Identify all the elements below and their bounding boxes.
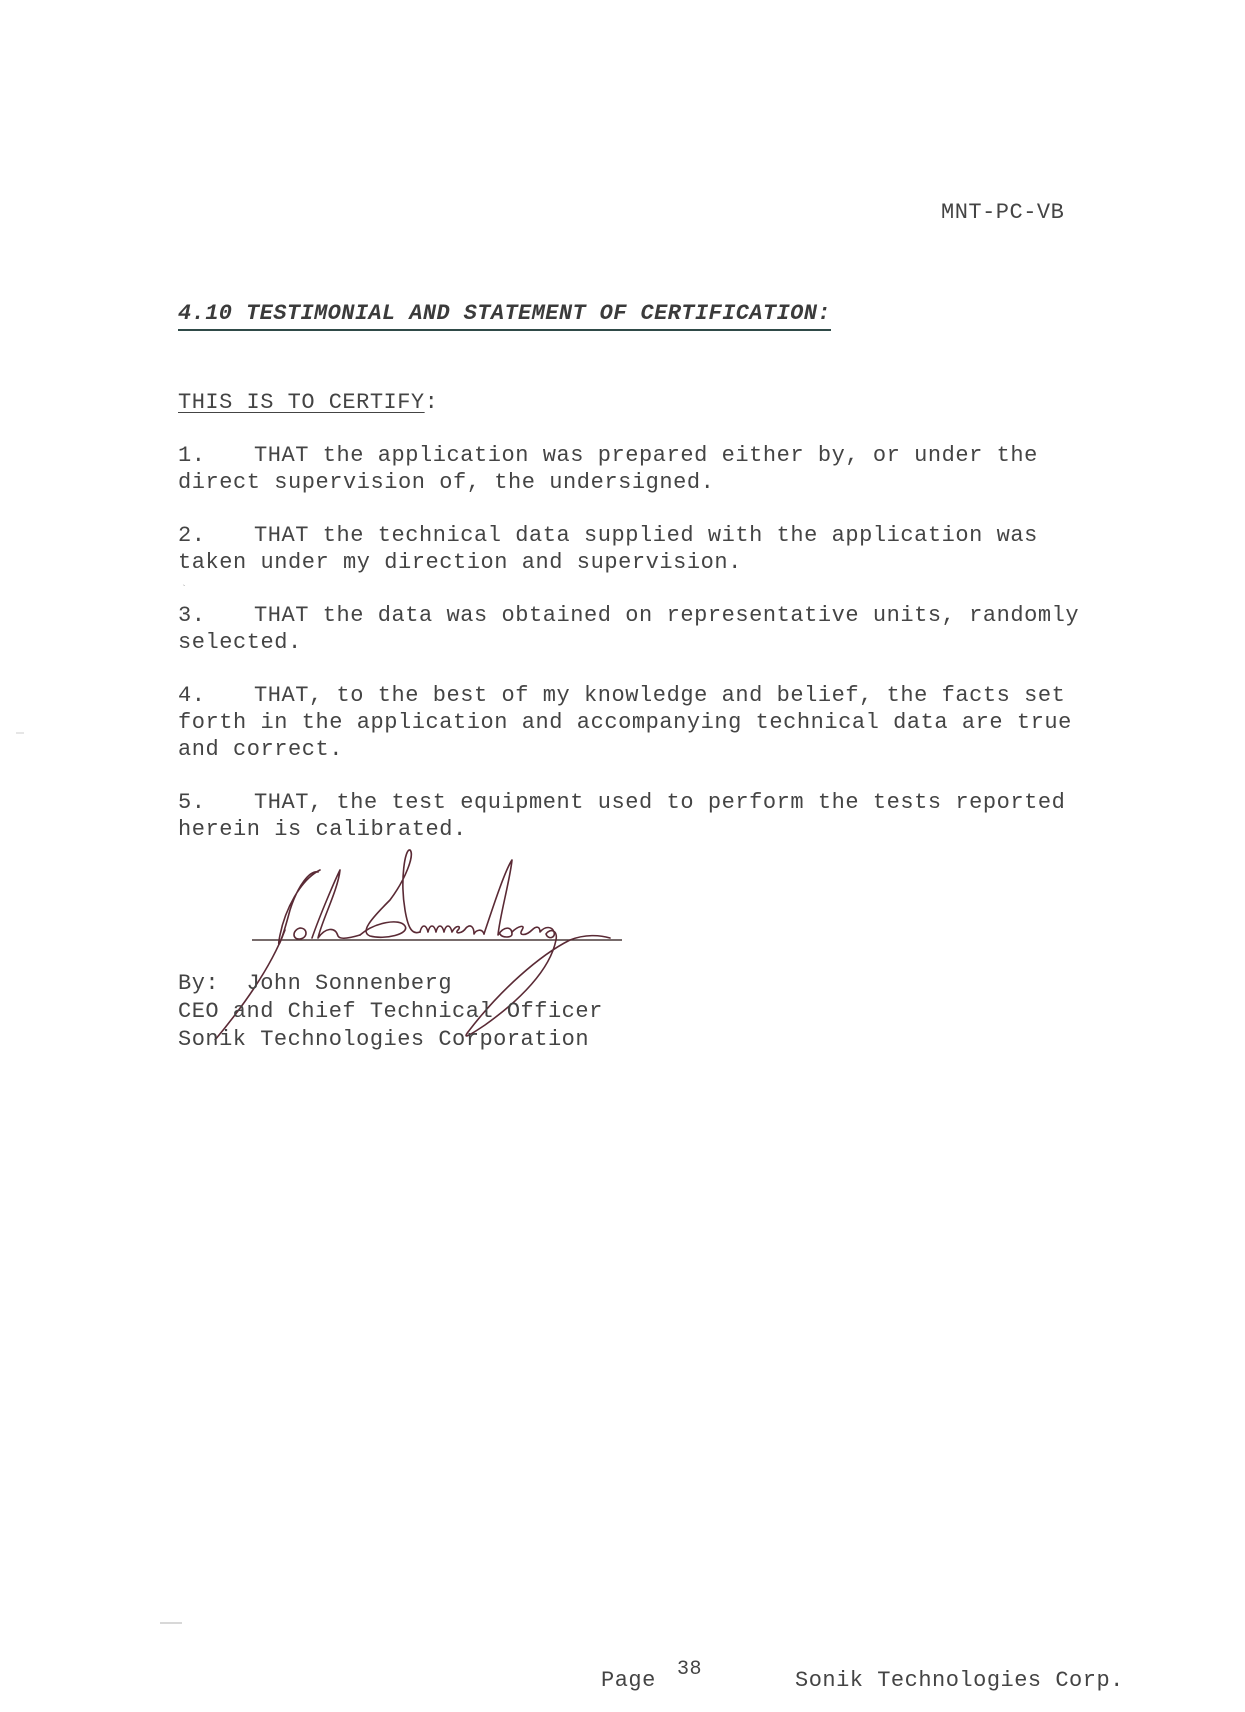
signer-company: Sonik Technologies Corporation — [178, 1026, 603, 1054]
item-line: herein is calibrated. — [178, 817, 467, 842]
item-number: 4. — [178, 682, 254, 709]
item-line: THAT the technical data supplied with th… — [254, 523, 1038, 548]
item-line: taken under my direction and supervision… — [178, 550, 742, 575]
item-number: 3. — [178, 602, 254, 629]
certification-list: 1.THAT the application was prepared eith… — [178, 442, 1178, 869]
scan-artifact — [160, 1622, 182, 1624]
scan-artifact — [16, 732, 24, 734]
document-page: MNT-PC-VB 4.10 TESTIMONIAL AND STATEMENT… — [0, 0, 1245, 1712]
certify-label-colon: : — [425, 390, 439, 415]
document-code: MNT-PC-VB — [941, 200, 1064, 225]
certification-item-4: 4.THAT, to the best of my knowledge and … — [178, 682, 1178, 763]
signer-title: CEO and Chief Technical Officer — [178, 998, 603, 1026]
item-line: THAT, the test equipment used to perform… — [254, 790, 1065, 815]
item-line: selected. — [178, 630, 302, 655]
certification-item-1: 1.THAT the application was prepared eith… — [178, 442, 1178, 496]
certification-item-5: 5.THAT, the test equipment used to perfo… — [178, 789, 1178, 843]
scan-artifact: ` — [181, 585, 187, 596]
item-line: THAT the application was prepared either… — [254, 443, 1038, 468]
item-line: THAT, to the best of my knowledge and be… — [254, 683, 1065, 708]
section-heading: 4.10 TESTIMONIAL AND STATEMENT OF CERTIF… — [178, 301, 831, 331]
footer-page-number: 38 — [677, 1658, 702, 1681]
certify-label: THIS IS TO CERTIFY: — [178, 390, 438, 415]
item-line: and correct. — [178, 737, 343, 762]
certification-item-2: 2.THAT the technical data supplied with … — [178, 522, 1178, 576]
footer-company: Sonik Technologies Corp. — [795, 1668, 1124, 1693]
item-line: forth in the application and accompanyin… — [178, 710, 1072, 735]
item-number: 1. — [178, 442, 254, 469]
signature-block: By: John SonnenbergCEO and Chief Technic… — [178, 970, 603, 1054]
certify-label-text: THIS IS TO CERTIFY — [178, 390, 425, 415]
footer-page-label: Page — [601, 1668, 656, 1693]
item-line: direct supervision of, the undersigned. — [178, 470, 714, 495]
certification-item-3: 3.THAT the data was obtained on represen… — [178, 602, 1178, 656]
item-number: 5. — [178, 789, 254, 816]
item-line: THAT the data was obtained on representa… — [254, 603, 1079, 628]
item-number: 2. — [178, 522, 254, 549]
signer-name: By: John Sonnenberg — [178, 970, 603, 998]
